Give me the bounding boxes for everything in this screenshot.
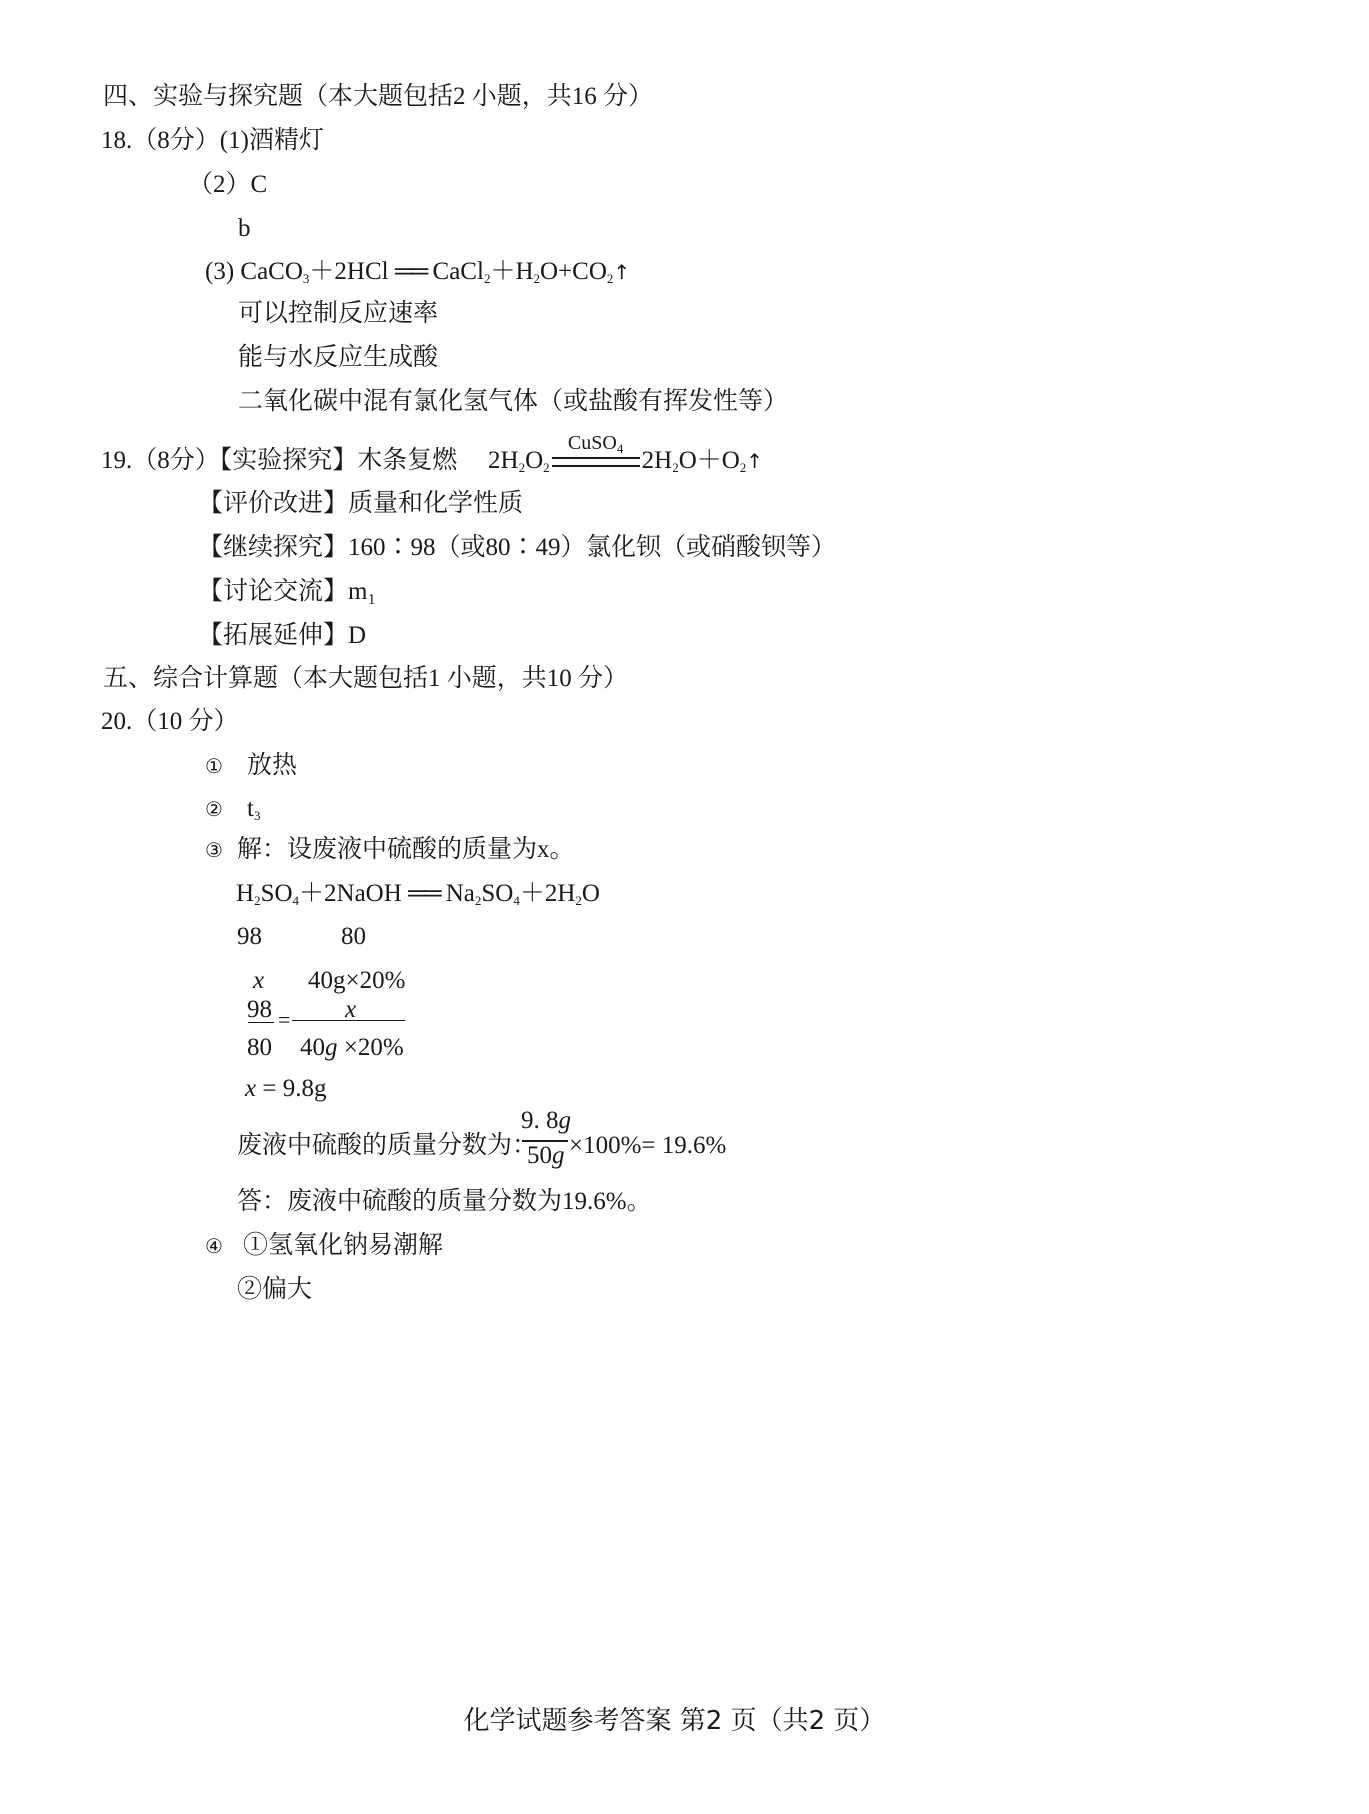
q20-item-3: ③解：设废液中硫酸的质量为x。 bbox=[205, 834, 575, 866]
q19-tag-4: 【讨论交流】 bbox=[198, 578, 348, 605]
q19-tag-2: 【评价改进】 bbox=[198, 490, 348, 517]
gas-arrow-icon: ↑ bbox=[613, 260, 630, 284]
fraction-num: 9. 8g bbox=[521, 1105, 571, 1137]
ratio-row-1-a: 98 bbox=[237, 921, 262, 953]
q19-row-3: 【继续探究】160∶98（或80∶49） bbox=[198, 532, 586, 564]
circled-4-icon: ④ bbox=[205, 1230, 221, 1262]
q20-answer-2: t3 bbox=[247, 795, 260, 822]
q19-answer-2: 质量和化学性质 bbox=[348, 490, 523, 517]
equation-caco3-hcl: CaCO3＋2HCl ══ CaCl2＋H2O+CO2↑ bbox=[240, 258, 630, 285]
q18-label: 18.（8分） bbox=[101, 127, 220, 154]
ratio-row-2-b: 40g×20% bbox=[308, 965, 405, 997]
q18-p3-answer-3: 二氧化碳中混有氯化氢气体（或盐酸有挥发性等） bbox=[238, 386, 788, 418]
catalyst-label: CuSO4 bbox=[550, 431, 642, 455]
section-4-heading: 四、实验与探究题（本大题包括2 小题，共16 分） bbox=[103, 81, 653, 113]
q19-tag-3: 【继续探究】 bbox=[198, 534, 348, 561]
q20-answer-4b: ②偏大 bbox=[237, 1274, 312, 1306]
proportion-left-bar bbox=[248, 1022, 274, 1023]
fraction-den: 50g bbox=[527, 1140, 565, 1172]
q19-answer-4: m₁ bbox=[348, 578, 376, 605]
q20-item-1: ①放热 bbox=[205, 750, 297, 782]
q20-item-2: ②t3 bbox=[205, 793, 260, 825]
q19-answer-3b: 氯化钡（或硝酸钡等） bbox=[586, 532, 836, 564]
gas-arrow-icon: ↑ bbox=[746, 449, 763, 473]
q18-p1-answer: 酒精灯 bbox=[249, 127, 324, 154]
q19-answer-5: D bbox=[348, 622, 366, 649]
q20-conclusion: 答：废液中硫酸的质量分数为19.6%。 bbox=[237, 1186, 652, 1218]
q18-part3-equation: (3) CaCO3＋2HCl ══ CaCl2＋H2O+CO2↑ bbox=[205, 256, 630, 288]
proportion-right-bar bbox=[292, 1020, 405, 1021]
q20-item-4: ④①氢氧化钠易潮解 bbox=[205, 1230, 443, 1262]
q19-label: 19.（8分） bbox=[101, 447, 220, 474]
q18-p3-answer-2: 能与水反应生成酸 bbox=[238, 342, 438, 374]
proportion-right-den: 40g ×20% bbox=[300, 1032, 404, 1064]
q19-row-4: 【讨论交流】m₁ bbox=[198, 576, 376, 608]
q20-answer-3: 解：设废液中硫酸的质量为x。 bbox=[237, 836, 575, 863]
q18-part2: （2）C bbox=[188, 169, 267, 201]
q19-row-2: 【评价改进】质量和化学性质 bbox=[198, 488, 523, 520]
q20-label: 20.（10 分） bbox=[101, 706, 239, 738]
q19-answer-3: 160∶98（或80∶49） bbox=[348, 534, 586, 561]
q20-answer-4: ①氢氧化钠易潮解 bbox=[243, 1232, 443, 1259]
equation-lhs: 2H2O2 bbox=[488, 447, 550, 474]
ratio-row-1-b: 80 bbox=[341, 921, 366, 953]
circled-1-icon: ① bbox=[205, 750, 221, 782]
proportion-equals: = bbox=[278, 1004, 290, 1036]
q18-part1: 18.（8分）(1)酒精灯 bbox=[101, 125, 324, 157]
page-footer: 化学试题参考答案 第2 页（共2 页） bbox=[0, 1700, 1359, 1737]
q18-p2-answer-a: C bbox=[251, 171, 268, 198]
equation-rhs: 2H2O＋O2↑ bbox=[642, 447, 763, 474]
circled-3-icon: ③ bbox=[205, 834, 221, 866]
q18-p2-label: （2） bbox=[188, 171, 251, 198]
q19-tag-1: 【实验探究】 bbox=[220, 447, 358, 474]
q18-p2-answer-b: b bbox=[238, 213, 251, 245]
q19-tag-5: 【拓展延伸】 bbox=[198, 622, 348, 649]
circled-2-icon: ② bbox=[205, 793, 221, 825]
fraction-tail: ×100%= 19.6% bbox=[569, 1130, 726, 1162]
catalyst-equals: CuSO4 bbox=[550, 457, 642, 477]
q19-answer-1: 木条复燃 bbox=[357, 447, 457, 474]
q18-p1-label: (1) bbox=[220, 127, 249, 154]
ratio-row-2-a: x bbox=[253, 965, 264, 997]
q18-p3-answer-1: 可以控制反应速率 bbox=[238, 298, 438, 330]
q20-equation: H2SO4＋2NaOH ══ Na2SO4＋2H2O bbox=[236, 878, 600, 910]
q19-equation: 2H2O2CuSO42H2O＋O2↑ bbox=[488, 445, 763, 477]
q19-row-5: 【拓展延伸】D bbox=[198, 620, 366, 652]
fraction-label: 废液中硫酸的质量分数为： bbox=[237, 1130, 537, 1162]
proportion-left-den: 80 bbox=[247, 1032, 272, 1064]
proportion-right-num: x bbox=[345, 994, 356, 1026]
q20-result: x = 9.8g bbox=[245, 1073, 326, 1105]
q19-row-1: 19.（8分）【实验探究】木条复燃 bbox=[101, 445, 457, 477]
q20-answer-1: 放热 bbox=[247, 752, 297, 779]
q18-p3-label: (3) bbox=[205, 258, 234, 285]
section-5-heading: 五、综合计算题（本大题包括1 小题，共10 分） bbox=[103, 663, 628, 695]
